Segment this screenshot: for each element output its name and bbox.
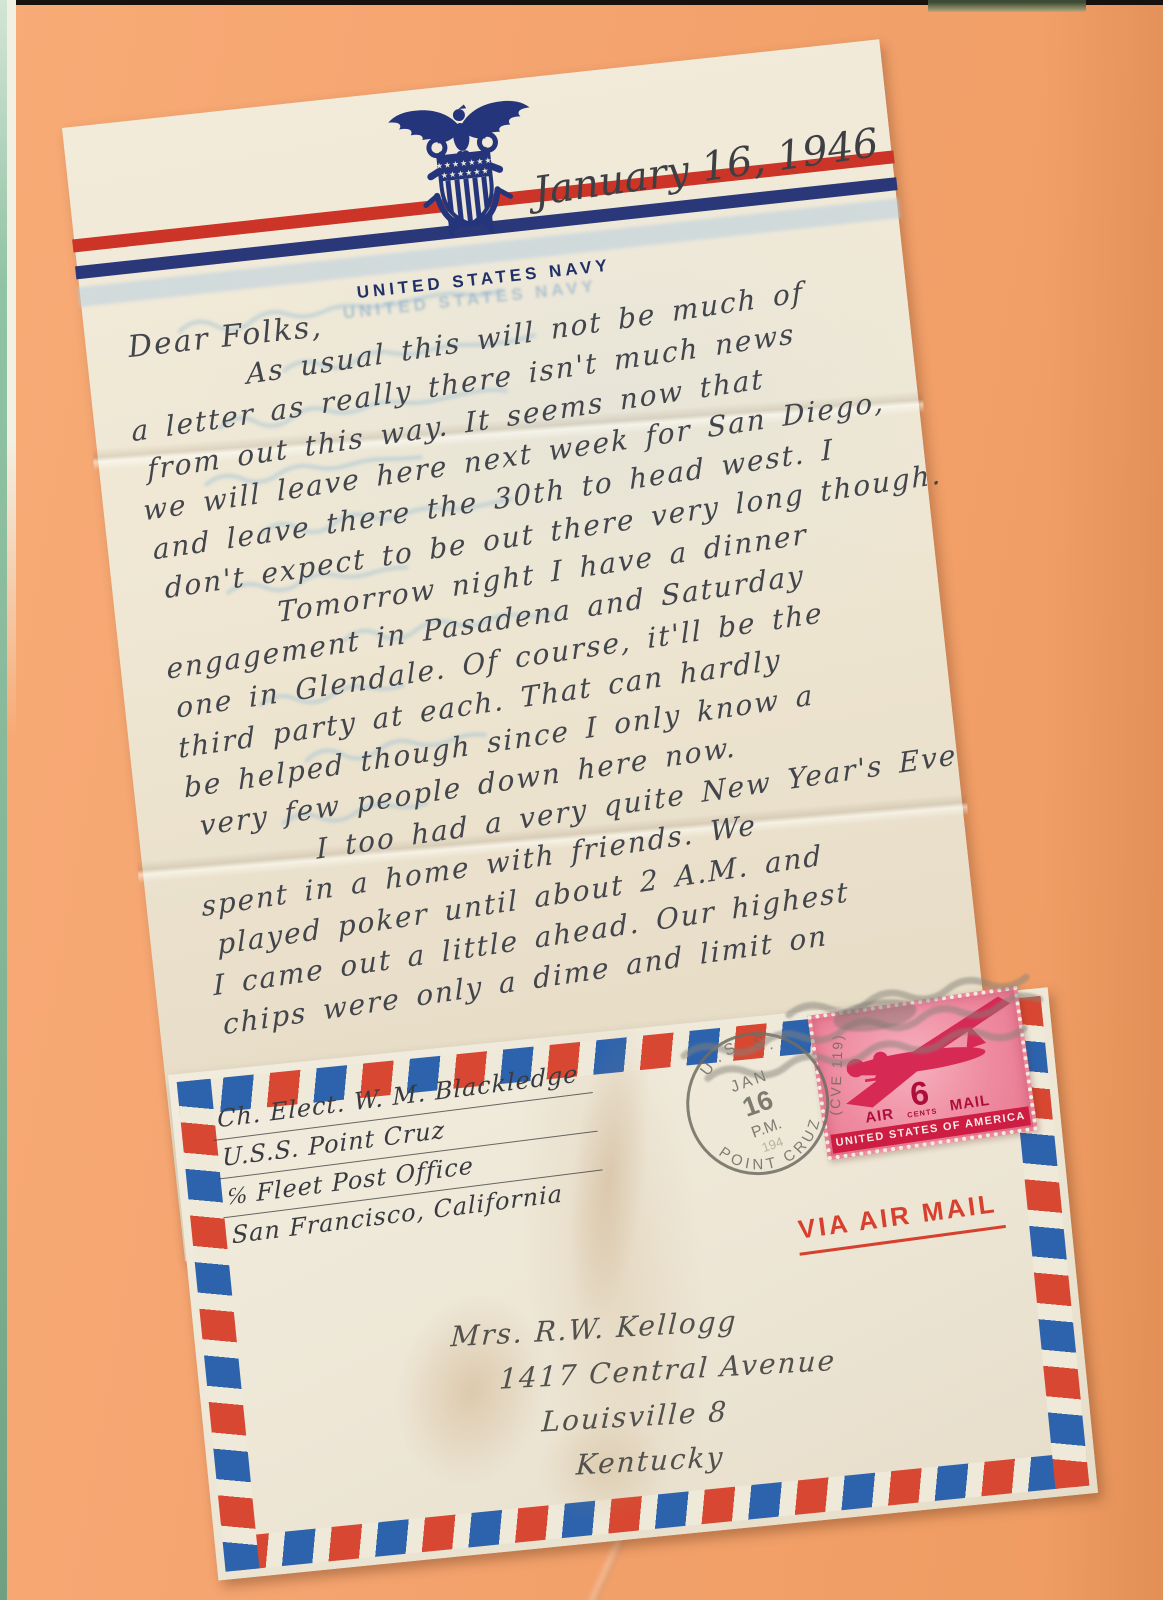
stamp-mail-label: MAIL: [949, 1093, 991, 1114]
envelope: Ch. Elect. W. M. Blackledge U.S.S. Point…: [168, 987, 1098, 1580]
scan-edge-left-green: [0, 0, 7, 1600]
stamp-value: 6: [903, 1080, 937, 1109]
scan-edge-top-right-patch: [928, 0, 1086, 12]
recipient-address: Mrs. R.W. Kellogg 1417 Central Avenue Lo…: [449, 1288, 958, 1496]
stamp-air-label: AIR: [864, 1107, 895, 1126]
via-air-mail-marking: VIA AIR MAIL: [794, 1187, 1006, 1256]
scan-edge-left-white: [7, 0, 16, 736]
navy-crest-emblem: ★★★★★★★ ★★★★★★: [381, 85, 551, 276]
stamp-cents-label: CENTS: [907, 1106, 938, 1119]
letter-body: As usual this will not be much of a lett…: [123, 256, 1014, 1046]
